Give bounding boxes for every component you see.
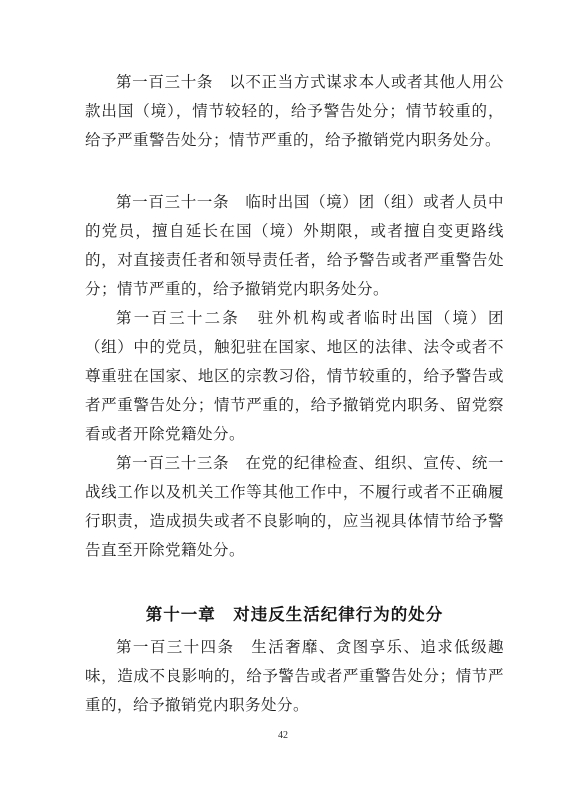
page-number: 42 — [0, 730, 566, 742]
article-paragraph-132: 第一百三十二条 驻外机构或者临时出国（境）团（组）中的党员，触犯驻在国家、地区的… — [85, 304, 504, 449]
article-paragraph-130: 第一百三十条 以不正当方式谋求本人或者其他人用公款出国（境），情节较轻的，给予警… — [85, 68, 504, 155]
chapter-heading: 第十一章 对违反生活纪律行为的处分 — [85, 599, 504, 631]
document-page: 第一百三十条 以不正当方式谋求本人或者其他人用公款出国（境），情节较轻的，给予警… — [0, 0, 566, 800]
article-paragraph-134: 第一百三十四条 生活奢靡、贪图享乐、追求低级趣味，造成不良影响的，给予警告或者严… — [85, 633, 504, 720]
article-paragraph-131: 第一百三十一条 临时出国（境）团（组）或者人员中的党员，擅自延长在国（境）外期限… — [85, 188, 504, 304]
article-paragraph-133: 第一百三十三条 在党的纪律检查、组织、宣传、统一战线工作以及机关工作等其他工作中… — [85, 449, 504, 565]
document-body: 第一百三十条 以不正当方式谋求本人或者其他人用公款出国（境），情节较轻的，给予警… — [0, 0, 566, 720]
